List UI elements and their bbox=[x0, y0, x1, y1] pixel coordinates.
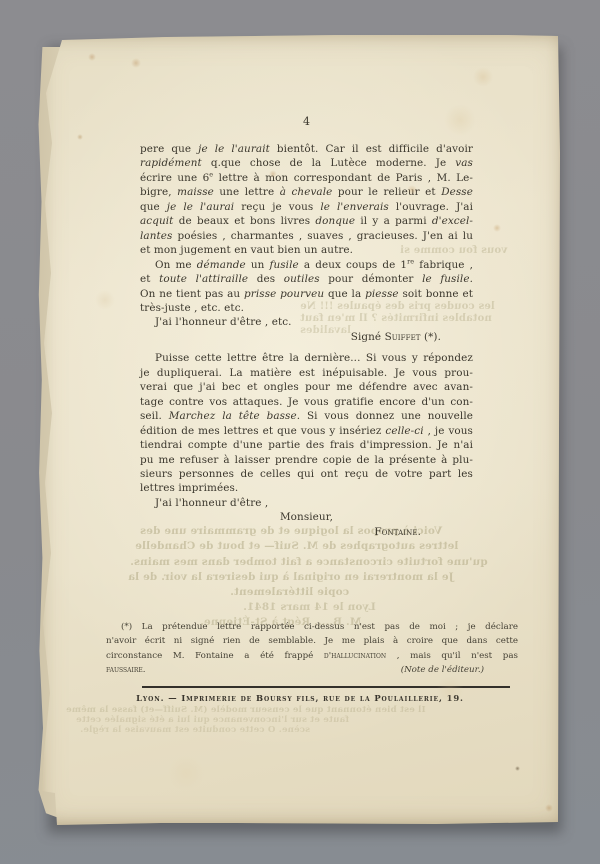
bleedthrough-line: Il est bien étonnant que le censeur modè… bbox=[66, 705, 426, 715]
foxing-stain bbox=[131, 58, 141, 68]
printer-imprint: Lyon. — Imprimerie de Boursy fils, rue d… bbox=[100, 693, 500, 703]
text-line: J'ai l'honneur d'être , etc. bbox=[140, 315, 473, 329]
bleedthrough-line: lettres autographes de M. Suif— et bout … bbox=[135, 540, 458, 552]
text-line: On me démande un fusile a deux coups de … bbox=[140, 258, 473, 272]
text-line: Puisse cette lettre être la dernière... … bbox=[140, 351, 473, 365]
photo-background: 4 vous fou comme siles coudes pris des é… bbox=[0, 0, 600, 864]
bleedthrough-line: qu'une fortuite circonstance a fait tomb… bbox=[130, 556, 488, 568]
bleedthrough-line: faute et sur l'inconvenance qui lui a ét… bbox=[76, 715, 349, 725]
text-line: lettres imprimées. bbox=[140, 481, 473, 495]
text-line: lantes poésies , charmantes , suaves , g… bbox=[140, 229, 473, 243]
text-block: pere que je le l'aurait bientôt. Car il … bbox=[140, 142, 473, 539]
foxing-stain bbox=[493, 224, 501, 232]
text-line: bigre, maisse une lettre à chevale pour … bbox=[140, 185, 473, 199]
book-page: 4 vous fou comme siles coudes pris des é… bbox=[36, 33, 566, 829]
footnote-last-right: (Note de l'éditeur.) bbox=[401, 665, 484, 677]
foxing-stain bbox=[168, 755, 204, 791]
text-line: J'ai l'honneur d'être , bbox=[140, 496, 473, 510]
footnote-block: (*) La prétendue lettre rapportée ci-des… bbox=[106, 622, 518, 677]
text-line: Fontaine. bbox=[140, 525, 473, 539]
text-line: très-juste , etc. etc. bbox=[140, 301, 473, 315]
text-line: sieurs personnes de celles qui ont reçu … bbox=[140, 467, 473, 481]
book-page-wrap: 4 vous fou comme siles coudes pris des é… bbox=[36, 33, 566, 833]
text-line: rapidément q.que chose de la Lutèce mode… bbox=[140, 156, 473, 170]
bleedthrough-line: copie littéralement. bbox=[230, 586, 349, 598]
text-line: je dupliquerai. La matière est inépuisab… bbox=[140, 366, 473, 380]
foxing-stain bbox=[88, 53, 96, 61]
text-line: Signé Suiffet (*). bbox=[140, 330, 473, 344]
text-line: tiendrai compte d'une partie des frais d… bbox=[140, 438, 473, 452]
foxing-stain bbox=[95, 290, 115, 310]
foxing-stain bbox=[473, 67, 493, 87]
footnote-line: circonstance M. Fontaine a été frappé d'… bbox=[106, 651, 518, 665]
bleedthrough-line: scène. O cette conduite est mauvaise la … bbox=[80, 725, 310, 735]
text-line: verai que j'ai bec et ongles pour me déf… bbox=[140, 380, 473, 394]
imprint-rule bbox=[142, 686, 510, 688]
footnote-last-line: faussaire.(Note de l'éditeur.) bbox=[106, 665, 518, 677]
text-line: écrire une 6e lettre à mon correspondant… bbox=[140, 171, 473, 185]
text-line: acquit de beaux et bons livres donque il… bbox=[140, 214, 473, 228]
text-line: et toute l'attiraille des outiles pour d… bbox=[140, 272, 473, 286]
text-line: Monsieur, bbox=[140, 510, 473, 524]
text-line: et mon jugement en vaut bien un autre. bbox=[140, 243, 473, 257]
page-number: 4 bbox=[140, 115, 473, 128]
footnote-line: (*) La prétendue lettre rapportée ci-des… bbox=[106, 622, 518, 636]
bleedthrough-line: Lyon le 14 mars 1841. bbox=[243, 601, 376, 613]
text-line: pu me refuser à laisser prendre copie de… bbox=[140, 453, 473, 467]
foxing-stain bbox=[77, 134, 83, 140]
text-line: édition de mes lettres et que vous y ins… bbox=[140, 424, 473, 438]
foxing-stain bbox=[515, 766, 520, 771]
text-line: tage contre vos attaques. Je vous gratif… bbox=[140, 395, 473, 409]
text-line: pere que je le l'aurait bientôt. Car il … bbox=[140, 142, 473, 156]
footnote-line: n'avoir écrit ni signé rien de semblable… bbox=[106, 636, 518, 650]
footnote-last-left: faussaire. bbox=[106, 665, 146, 677]
text-line: seil. Marchez la tête basse. Si vous don… bbox=[140, 409, 473, 423]
bleedthrough-line: Je la montrerai en original à qui desire… bbox=[128, 571, 454, 583]
text-line: que je le l'aurai reçu je vous le l'enve… bbox=[140, 200, 473, 214]
foxing-stain bbox=[545, 804, 553, 812]
text-line: On ne tient pas au prisse pourveu que la… bbox=[140, 287, 473, 301]
